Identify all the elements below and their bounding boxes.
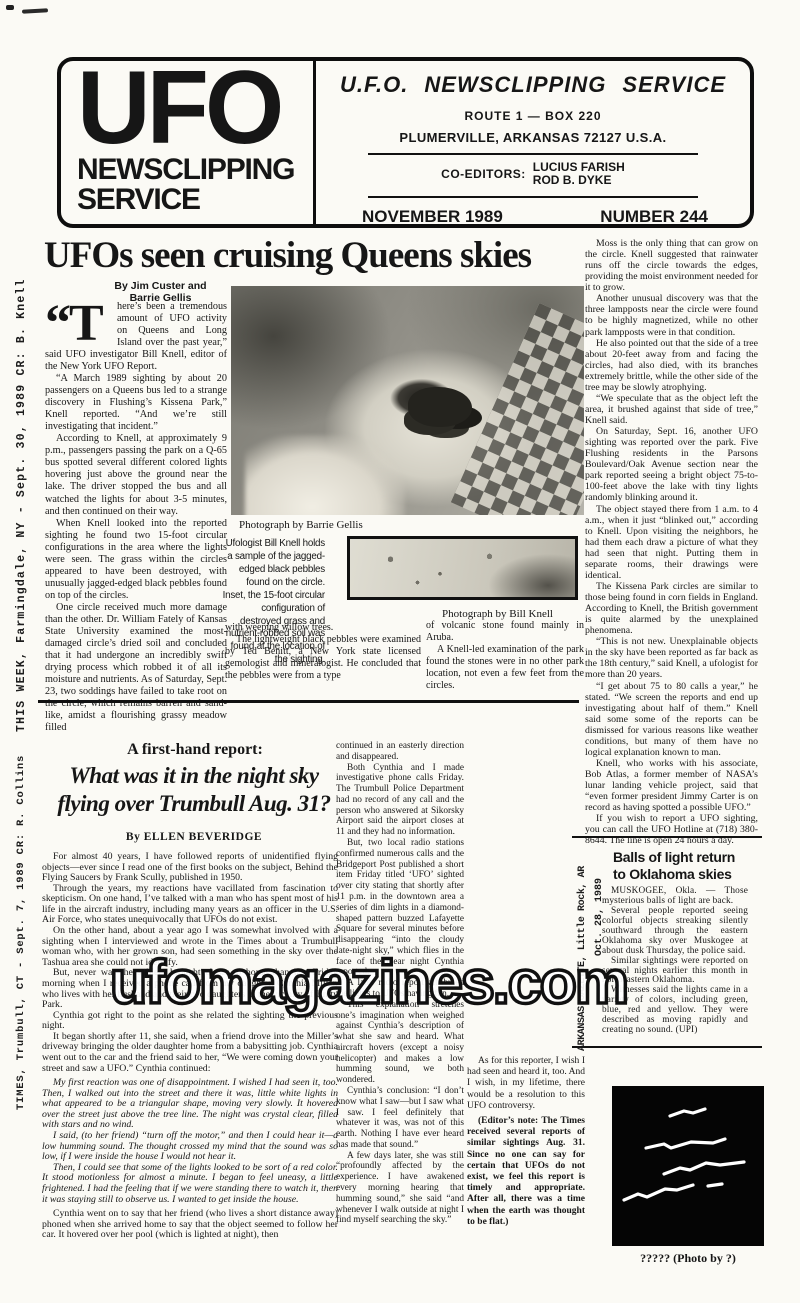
paragraph: of volcanic stone found mainly in Aruba. [426,620,584,644]
paragraph: One circle received much more damage tha… [45,602,227,734]
paragraph: As for this reporter, I wish I had seen … [467,1056,585,1112]
paragraph: My first reaction was one of disappointm… [42,1078,338,1131]
queens-headline: UFOs seen cruising Queens skies [44,234,589,277]
paragraph: On Saturday, Sept. 16, another UFO sight… [585,426,758,503]
logo-ufo-text: UFO [77,63,308,155]
issue-number: NUMBER 244 [600,207,708,227]
address-route: ROUTE 1 — BOX 220 [316,109,750,123]
paragraph: If you wish to report a UFO sighting, yo… [585,813,758,846]
queens-mid-left-text: with weeping willow trees.The lightweigh… [225,622,421,682]
service-title: U.F.O. NEWSCLIPPING SERVICE [316,72,750,98]
oklahoma-rule-top [572,836,762,838]
masthead-rule [368,153,698,155]
photo-night-lights [612,1086,764,1246]
coeditor-1: LUCIUS FARISH [533,160,625,174]
paragraph: Another unusual discovery was that the t… [585,293,758,337]
paragraph: Through the years, my reactions have vac… [42,884,338,926]
paragraph: “There’s been a tremendous amount of UFO… [45,301,227,373]
oklahoma-rule-bottom [572,1046,762,1048]
paragraph: A Knell-led examination of the park foun… [426,644,584,692]
coeditor-2: ROD B. DYKE [533,173,612,187]
trumbull-headline: What was it in the night sky flying over… [38,762,350,817]
paragraph: A few days later, she was still “profoun… [336,1151,464,1226]
watermark-text: ufomagazines.com [110,947,627,1017]
paragraph: When Knell looked into the reported sigh… [45,518,227,602]
newsletter-page: UFO NEWSCLIPPING SERVICE U.F.O. NEWSCLIP… [0,0,800,1303]
trumbull-column-3: As for this reporter, I wish I had seen … [467,1056,585,1228]
coeditors-row: CO-EDITORS: LUCIUS FARISH ROD B. DYKE [316,161,750,188]
paragraph: The object stayed there from 1 a.m. to 4… [585,504,758,581]
paragraph: Then, I could see that some of the light… [42,1163,338,1205]
light-streaks-graphic [612,1086,764,1246]
photo-volcanic-stone [347,536,578,600]
paragraph: According to Knell, at approximately 9 p… [45,433,227,517]
oklahoma-headline: Balls of light return to Oklahoma skies [613,849,765,883]
paragraph: He also pointed out that the side of a t… [585,338,758,393]
queens-column-3: Moss is the only thing that can grow on … [585,238,758,846]
address-city: PLUMERVILLE, ARKANSAS 72127 U.S.A. [316,130,750,145]
masthead-logo: UFO NEWSCLIPPING SERVICE [61,61,313,224]
section-divider [38,700,579,703]
masthead-box: UFO NEWSCLIPPING SERVICE U.F.O. NEWSCLIP… [57,57,754,228]
paragraph: I said, (to her friend) “turn off the mo… [42,1131,338,1163]
paragraph: It began shortly after 11, she said, whe… [42,1032,338,1074]
night-photo-caption: ????? (Photo by ?) [600,1251,776,1266]
paragraph: Moss is the only thing that can grow on … [585,238,758,293]
paragraph: continued in an easterly direction and d… [336,741,464,763]
queens-column-1: “There’s been a tremendous amount of UFO… [45,301,227,734]
paragraph: MUSKOGEE, Okla. — Those mysterious balls… [602,887,748,907]
issue-date: NOVEMBER 1989 [362,207,503,227]
scan-smudge [6,5,14,10]
paragraph: Cynthia went on to say that her friend (… [42,1209,338,1241]
pebbles-sample [408,387,472,427]
paragraph: Both Cynthia and I made investigative ph… [336,763,464,838]
coeditors-names: LUCIUS FARISH ROD B. DYKE [533,161,625,188]
photo-hand-with-pebbles [231,286,584,515]
paragraph: with weeping willow trees. [225,622,421,634]
issue-row: NOVEMBER 1989 NUMBER 244 [316,207,750,227]
masthead-rule [368,196,698,198]
paragraph: “I get about 75 to 80 calls a year,” he … [585,681,758,758]
photo1-credit: Photograph by Barrie Gellis [239,519,363,531]
paragraph: “A March 1989 sighting by about 20 passe… [45,373,227,433]
masthead-info: U.F.O. NEWSCLIPPING SERVICE ROUTE 1 — BO… [316,61,750,224]
paragraph: “We speculate that as the object left th… [585,393,758,426]
trumbull-column-1: For almost 40 years, I have followed rep… [42,852,338,1241]
trumbull-kicker: A first-hand report: [45,741,345,759]
paragraph: “This is not new. Unexplainable objects … [585,636,758,680]
queens-mid-right-text: of volcanic stone found mainly in Aruba.… [426,620,584,692]
coeditors-label: CO-EDITORS: [441,167,526,181]
source-credit-trumbull: TIMES, Trumbull, CT - Sept. 7, 1989 CR: … [15,745,27,1110]
paragraph: (Editor’s note: The Times received sever… [467,1116,585,1228]
paragraph: Cynthia’s conclusion: “I don’t know what… [336,1086,464,1151]
paragraph: Knell, who works with his associate, Bob… [585,758,758,813]
scan-smudge [22,8,48,13]
photo2-credit: Photograph by Bill Knell [405,608,590,620]
paragraph: For almost 40 years, I have followed rep… [42,852,338,884]
paragraph: The lightweight black pebbles were exami… [225,634,421,682]
source-credit-queens: THIS WEEK, Farmingdale, NY - Sept. 30, 1… [15,240,28,732]
dropcap: “T [45,301,117,346]
trumbull-byline: By ELLEN BEVERIDGE [38,831,350,843]
paragraph: The Kissena Park circles are similar to … [585,581,758,636]
logo-service-text: SERVICE [77,185,313,216]
